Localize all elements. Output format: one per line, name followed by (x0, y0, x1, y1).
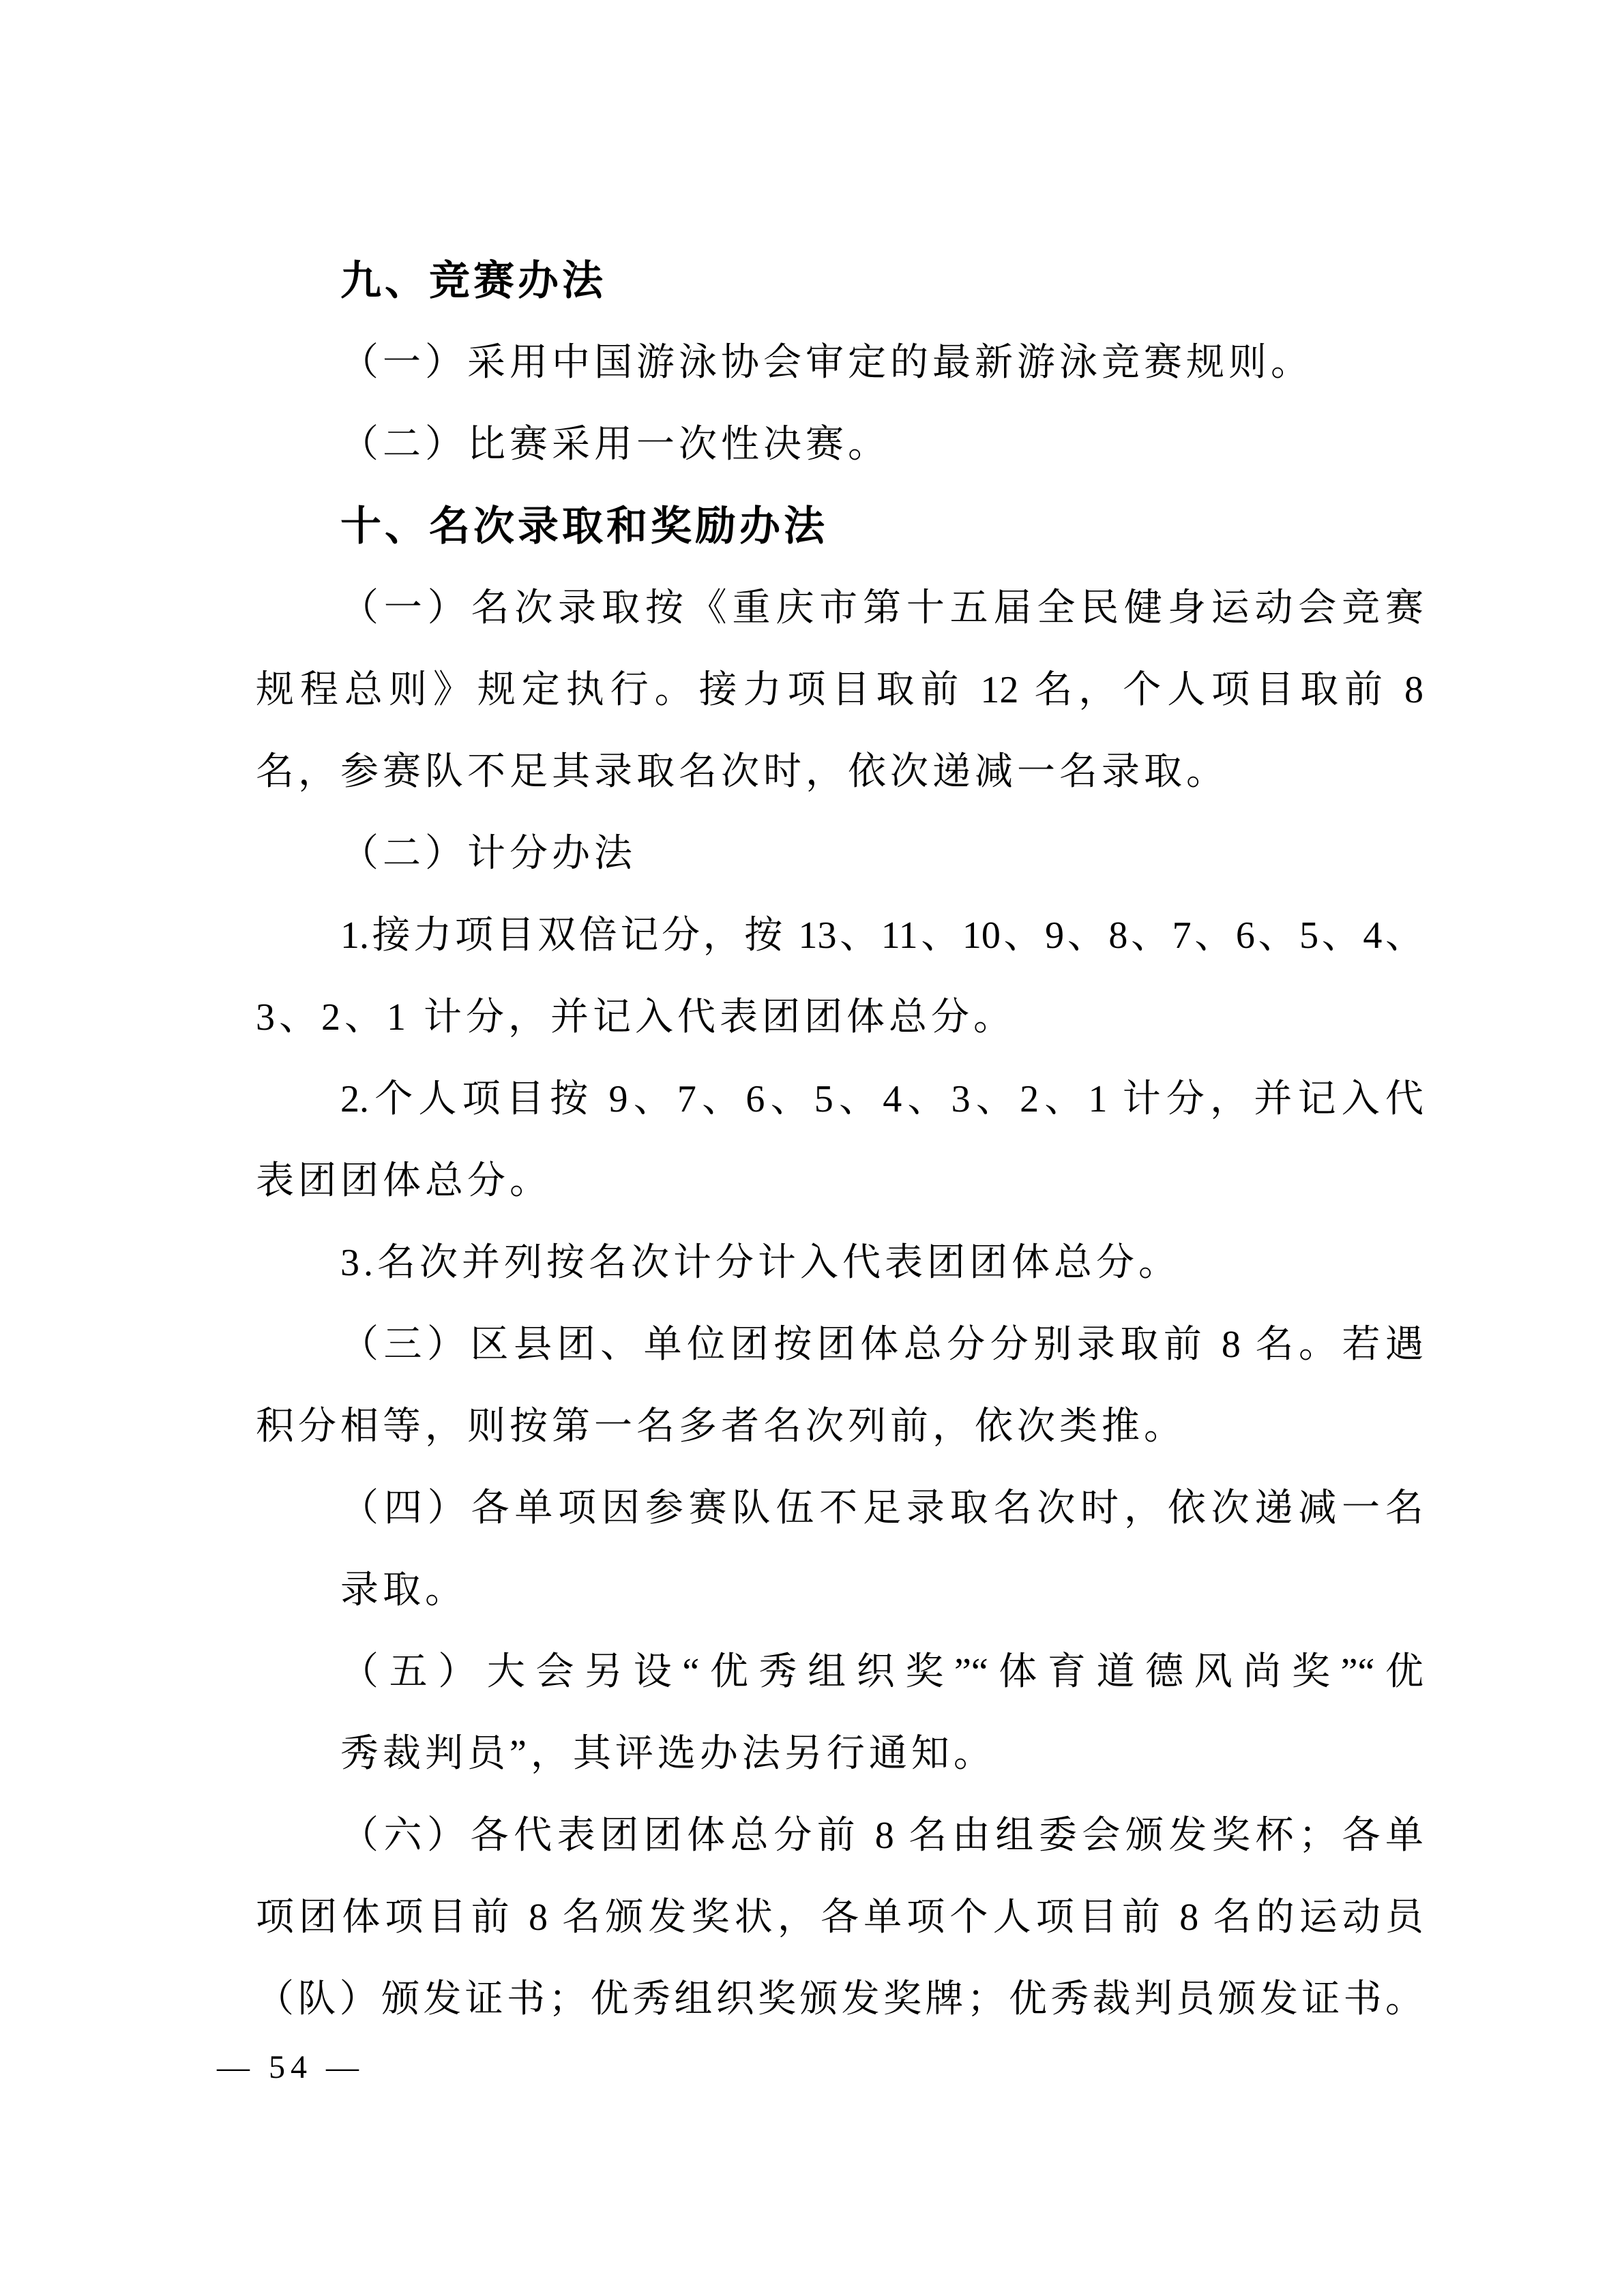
text-line-prizes-1: （六）各代表团团体总分前 8 名由组委会颁发奖杯；各单 (256, 1795, 1423, 1877)
text-line-ranking-3: 名，参赛队不足其录取名次时，依次递减一名录取。 (256, 731, 1423, 813)
text-line-special-awards-2: 秀裁判员”，其评选办法另行通知。 (256, 1713, 1423, 1795)
text-line-team-ranking-2: 积分相等，则按第一名多者名次列前，依次类推。 (256, 1386, 1423, 1467)
text-line-team-ranking-1: （三）区县团、单位团按团体总分分别录取前 8 名。若遇 (256, 1304, 1423, 1386)
text-line-insufficient-teams-2: 录取。 (256, 1549, 1423, 1631)
section-heading-ranking-awards: 十、名次录取和奖励办法 (256, 486, 1423, 567)
text-line-prizes-2: 项团体项目前 8 名颁发奖状，各单项个人项目前 8 名的运动员 (256, 1877, 1423, 1958)
text-line-rule-1: （一）采用中国游泳协会审定的最新游泳竞赛规则。 (256, 322, 1423, 404)
document-body: 九、竞赛办法 （一）采用中国游泳协会审定的最新游泳竞赛规则。 （二）比赛采用一次… (256, 240, 1423, 2040)
text-line-rule-2: （二）比赛采用一次性决赛。 (256, 404, 1423, 486)
text-line-prizes-3: （队）颁发证书；优秀组织奖颁发奖牌；优秀裁判员颁发证书。 (256, 1958, 1423, 2040)
text-line-relay-scoring-2: 3、2、1 计分，并记入代表团团体总分。 (256, 976, 1423, 1058)
text-line-tie-scoring: 3.名次并列按名次计分计入代表团团体总分。 (256, 1222, 1423, 1304)
page-number: — 54 — (217, 2047, 364, 2088)
text-line-relay-scoring-1: 1.接力项目双倍记分，按 13、11、10、9、8、7、6、5、4、 (256, 895, 1423, 976)
document-page: 九、竞赛办法 （一）采用中国游泳协会审定的最新游泳竞赛规则。 （二）比赛采用一次… (0, 0, 1624, 2296)
text-line-individual-scoring-2: 表团团体总分。 (256, 1140, 1423, 1222)
text-line-scoring-heading: （二）计分办法 (256, 813, 1423, 895)
text-line-ranking-1: （一）名次录取按《重庆市第十五届全民健身运动会竞赛 (256, 567, 1423, 649)
section-heading-competition-method: 九、竞赛办法 (256, 240, 1423, 322)
text-line-special-awards-1: （五）大会另设“优秀组织奖”“体育道德风尚奖”“优 (256, 1631, 1423, 1713)
text-line-insufficient-teams-1: （四）各单项因参赛队伍不足录取名次时，依次递减一名 (256, 1467, 1423, 1549)
text-line-individual-scoring-1: 2.个人项目按 9、7、6、5、4、3、2、1 计分，并记入代 (256, 1058, 1423, 1140)
text-line-ranking-2: 规程总则》规定执行。接力项目取前 12 名，个人项目取前 8 (256, 649, 1423, 731)
